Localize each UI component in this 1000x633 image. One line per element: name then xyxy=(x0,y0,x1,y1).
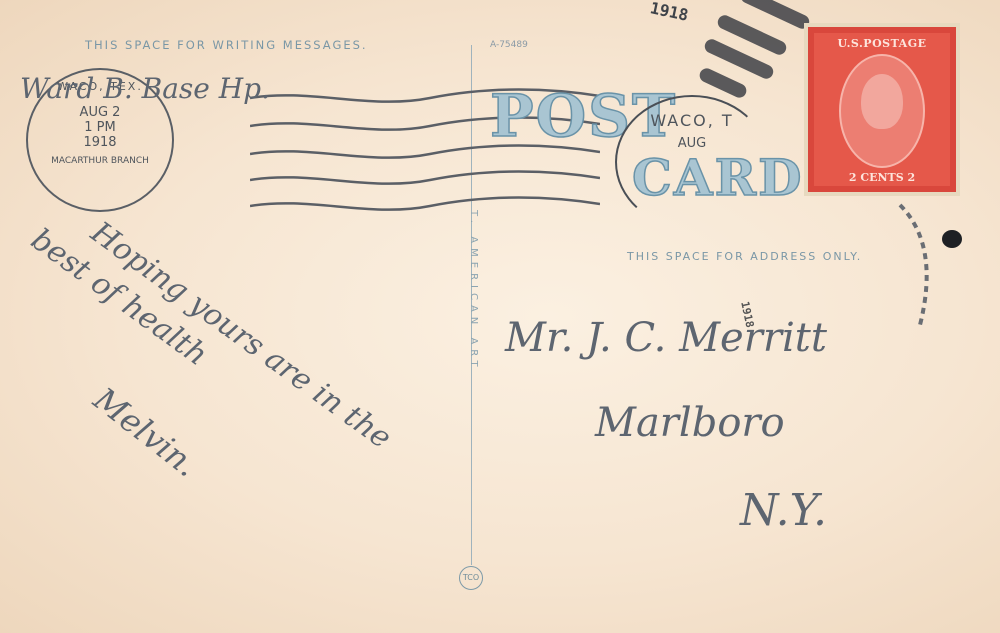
right-postmark-city: WACO, T xyxy=(617,111,767,130)
sender-line: Ward B. Base Hp. xyxy=(20,72,270,105)
address-name: Mr. J. C. Merritt xyxy=(505,315,827,361)
message-signature: Melvin. xyxy=(87,380,206,484)
stamp-bottom-text: 2 CENTS 2 xyxy=(814,171,950,184)
washington-profile-icon xyxy=(861,74,903,129)
right-postmark-date: AUG xyxy=(617,136,767,151)
right-postmark: WACO, T AUG xyxy=(615,95,769,229)
right-cancel-arc xyxy=(880,195,950,335)
postage-stamp: U.S.POSTAGE 2 CENTS 2 xyxy=(808,27,956,192)
postmark-date: AUG 2 xyxy=(28,105,172,120)
cancel-bar xyxy=(697,66,748,100)
publisher-vertical-text: T. AMERICAN ART xyxy=(463,210,479,372)
top-year-mark: 1918 xyxy=(648,0,690,25)
publisher-monogram-icon: TCO xyxy=(459,566,483,590)
message-space-label: THIS SPACE FOR WRITING MESSAGES. xyxy=(85,38,368,52)
postmark-branch: MACARTHUR BRANCH xyxy=(28,156,172,166)
postmark-year: 1918 xyxy=(28,135,172,150)
address-city: Marlboro xyxy=(595,400,785,446)
stamp-portrait xyxy=(839,54,925,168)
address-space-label: THIS SPACE FOR ADDRESS ONLY. xyxy=(627,250,862,263)
ink-blot xyxy=(942,230,962,248)
postmark-time: 1 PM xyxy=(28,120,172,135)
postcard-back: THIS SPACE FOR WRITING MESSAGES. A-75489… xyxy=(0,0,1000,633)
address-state: N.Y. xyxy=(740,485,827,536)
reference-number: A-75489 xyxy=(490,40,528,50)
stamp-top-text: U.S.POSTAGE xyxy=(814,37,950,50)
